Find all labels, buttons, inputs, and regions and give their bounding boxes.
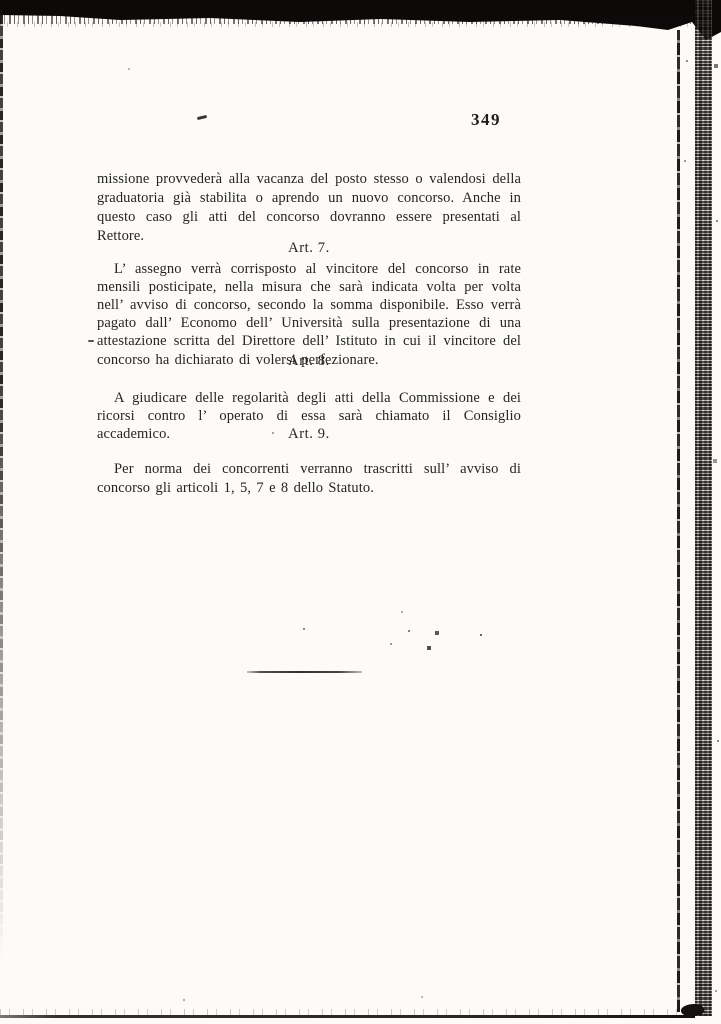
scan-artifact-book-edge-band — [695, 0, 712, 1016]
scan-artifact-left-edge-line — [0, 10, 3, 960]
separator-rule — [247, 671, 362, 673]
scan-artifact-speckles — [0, 0, 2, 2]
article-7-heading: Art. 7. — [97, 239, 521, 258]
paragraph-continuation: missione provvederà alla vacanza del pos… — [97, 170, 521, 246]
article-8-heading: Art. 8. — [97, 352, 521, 371]
scan-artifact-margin-dot — [88, 340, 94, 342]
scan-artifact-right-speckles — [684, 40, 686, 42]
article-9-heading: Art. 9. — [97, 425, 521, 444]
article-9-paragraph: Per norma dei concorrenti verranno trasc… — [97, 460, 521, 498]
text-column: missione provvederà alla vacanza del pos… — [97, 0, 521, 1024]
scan-artifact-right-page-edge-line — [677, 30, 680, 1012]
scanned-page: 349 missione provvederà alla vacanza del… — [0, 0, 721, 1024]
